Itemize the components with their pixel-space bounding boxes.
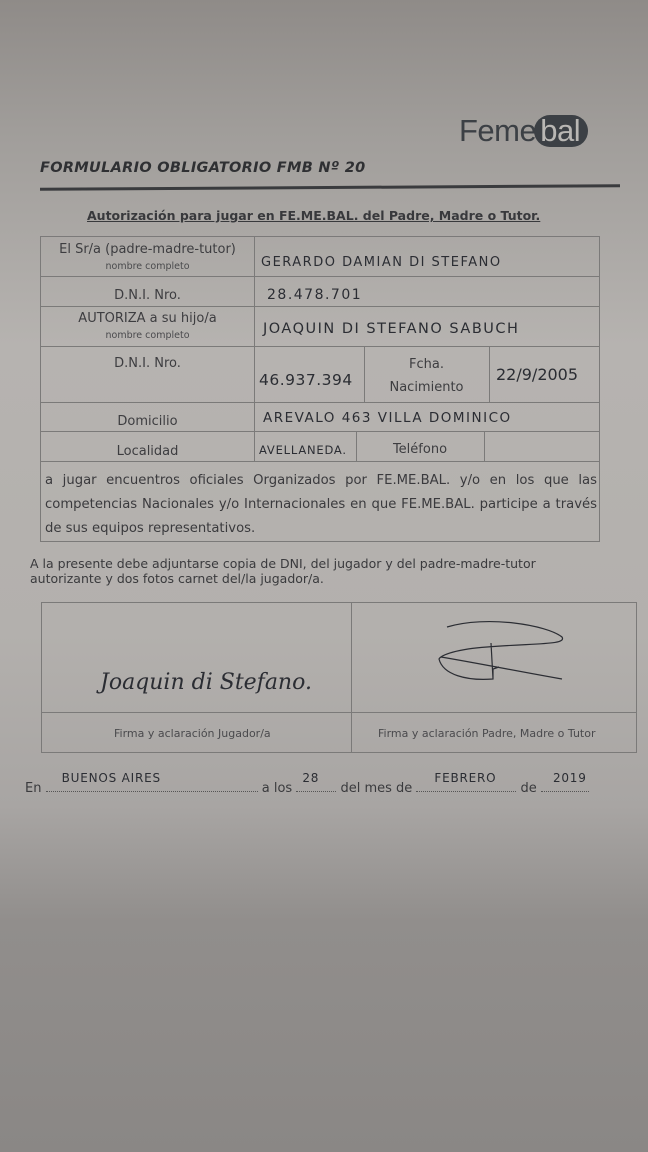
address-label: Domicilio [117,414,177,429]
femebal-logo: Femebal [459,113,588,149]
signature-row-divider [42,712,636,713]
city-label-cell: Localidad [41,437,254,465]
day-field-line[interactable]: 28 [296,778,336,792]
city-label: Localidad [117,444,179,459]
place-date-line: En BUENOS AIRES a los 28 del mes de FEBR… [25,778,640,796]
child-sublabel: nombre completo [105,330,189,341]
place-field[interactable]: BUENOS AIRES [62,771,161,785]
birth-label-line1: Fcha. [409,357,444,372]
form-title: FORMULARIO OBLIGATORIO FMB Nº 20 [40,160,365,176]
en-label: En [25,781,41,796]
column-divider [489,346,490,402]
birth-label-line2: Nacimiento [389,380,463,395]
parent-dni-field[interactable]: 28.478.701 [267,287,362,303]
mes-label: del mes de [340,781,412,796]
month-field[interactable]: FEBRERO [434,771,496,785]
parent-dni-label: D.N.I. Nro. [114,288,181,303]
city-field[interactable]: AVELLANEDA. [259,443,347,457]
player-signature: Joaquin di Stefano. [100,670,312,695]
year-field[interactable]: 2019 [553,771,587,785]
form-subtitle: Autorización para jugar en FE.ME.BAL. de… [87,208,540,223]
parent-signature-drawing [427,617,567,687]
parent-sublabel: nombre completo [105,261,189,272]
child-dni-field[interactable]: 46.937.394 [259,371,353,389]
child-label: AUTORIZA a su hijo/a [78,311,216,326]
phone-label: Teléfono [393,442,447,457]
address-field[interactable]: AREVALO 463 VILLA DOMINICO [263,410,512,426]
player-signature-caption: Firma y aclaración Jugador/a [114,727,271,740]
birth-date-field[interactable]: 22/9/2005 [496,365,578,384]
parent-label-cell: El Sr/a (padre-madre-tutor) nombre compl… [41,237,254,276]
day-field[interactable]: 28 [302,771,319,785]
a-los-label: a los [262,781,292,796]
month-field-line[interactable]: FEBRERO [416,778,516,792]
title-divider [40,184,620,191]
child-label-cell: AUTORIZA a su hijo/a nombre completo [41,306,254,346]
document-page: Femebal FORMULARIO OBLIGATORIO FMB Nº 20… [0,0,648,1152]
row-divider [41,402,599,403]
place-field-line[interactable]: BUENOS AIRES [46,778,258,792]
signature-column-divider [351,603,352,752]
parent-name-field[interactable]: GERARDO DAMIAN DI STEFANO [261,255,502,270]
column-divider [254,237,255,461]
parent-signature-caption: Firma y aclaración Padre, Madre o Tutor [378,727,596,740]
de-label: de [521,781,537,796]
authorization-text: a jugar encuentros oficiales Organizados… [45,469,597,541]
child-dni-label-cell: D.N.I. Nro. [41,351,254,375]
child-name-field[interactable]: JOAQUIN DI STEFANO SABUCH [263,321,519,337]
row-divider [41,276,599,277]
logo-text: Feme [459,113,536,149]
year-field-line[interactable]: 2019 [541,778,589,792]
row-divider [41,346,599,347]
child-dni-label: D.N.I. Nro. [114,356,181,371]
phone-label-cell: Teléfono [356,435,484,463]
logo-ball-text: bal [534,115,588,147]
attachment-note: A la presente debe adjuntarse copia de D… [30,556,610,586]
column-divider [484,431,485,461]
birth-label-cell: Fcha. Nacimiento [364,349,489,402]
address-label-cell: Domicilio [41,407,254,435]
parent-label: El Sr/a (padre-madre-tutor) [59,242,236,257]
authorization-table: El Sr/a (padre-madre-tutor) nombre compl… [40,236,600,542]
